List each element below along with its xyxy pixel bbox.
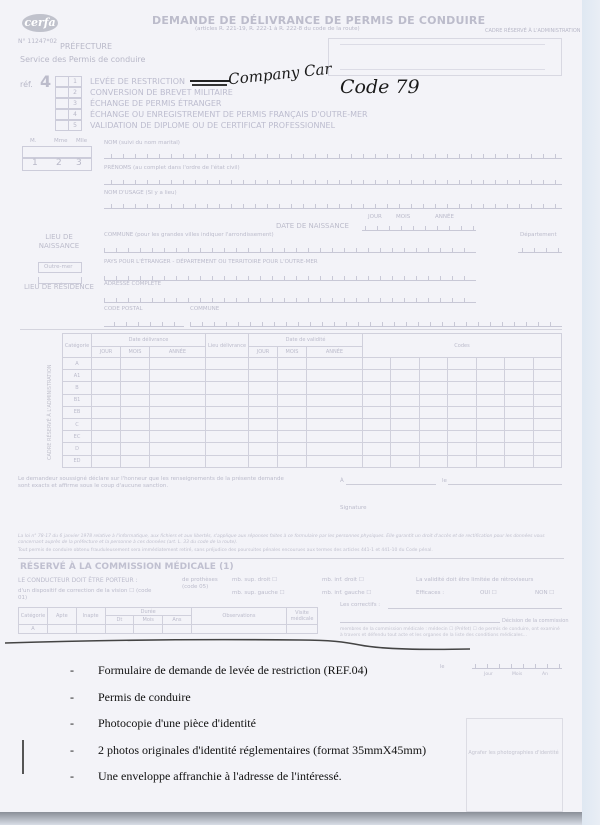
category-cell[interactable]: [505, 406, 533, 418]
category-cell[interactable]: [363, 370, 391, 382]
category-cell[interactable]: [150, 443, 206, 455]
category-cell[interactable]: [505, 418, 533, 430]
col-categorie: Catégorie: [63, 334, 92, 358]
category-cell[interactable]: [92, 431, 121, 443]
civility-header-mme: Mme: [54, 138, 68, 144]
category-cell[interactable]: [249, 358, 278, 370]
date-naissance-label: DATE DE NAISSANCE: [276, 222, 349, 230]
category-cell[interactable]: [363, 382, 391, 394]
category-cell[interactable]: [419, 406, 447, 418]
category-cell[interactable]: [391, 358, 419, 370]
declaration-a-label: À: [340, 478, 344, 484]
handwritten-annotation: Company Car: [227, 60, 332, 89]
category-cell[interactable]: [448, 382, 476, 394]
category-cell[interactable]: [505, 443, 533, 455]
category-cell[interactable]: [92, 382, 121, 394]
category-cell[interactable]: [448, 394, 476, 406]
list-item-text: Une enveloppe affranchie à l'adresse de …: [98, 769, 342, 783]
category-cell[interactable]: [92, 406, 121, 418]
category-cell[interactable]: [278, 431, 307, 443]
category-cell[interactable]: [476, 406, 504, 418]
category-cell[interactable]: [206, 406, 249, 418]
sub-jour-1: JOUR: [92, 347, 121, 358]
civility-num-2: 2: [56, 158, 62, 168]
option-num-5: 5: [68, 121, 81, 130]
category-cell[interactable]: [363, 394, 391, 406]
category-cell[interactable]: [391, 406, 419, 418]
category-cell[interactable]: [249, 406, 278, 418]
col-lieu: Lieu délivrance: [206, 334, 249, 358]
list-item: -Photocopie d'une pièce d'identité: [70, 716, 426, 743]
category-cell[interactable]: [533, 443, 561, 455]
category-cell[interactable]: [249, 455, 278, 467]
category-cell[interactable]: [150, 406, 206, 418]
med-date-jour: Jour: [484, 672, 493, 677]
category-cell[interactable]: [476, 358, 504, 370]
validite-label: La validité doit être limitée de rétrovi…: [416, 577, 533, 583]
category-row: C: [63, 418, 562, 430]
list-item: -2 photos originales d'identité réglemen…: [70, 743, 426, 770]
category-cell[interactable]: [419, 418, 447, 430]
category-cell[interactable]: [307, 418, 363, 430]
list-item-text: 2 photos originales d'identité réglement…: [98, 743, 426, 757]
category-cell[interactable]: [391, 370, 419, 382]
category-cell[interactable]: [391, 455, 419, 467]
list-item: -Une enveloppe affranchie à l'adresse de…: [70, 769, 426, 796]
category-cell[interactable]: [419, 382, 447, 394]
category-cell[interactable]: [278, 455, 307, 467]
date-header-mois: MOIS: [396, 214, 410, 220]
category-cell[interactable]: [278, 370, 307, 382]
category-label: D: [63, 443, 92, 455]
handwritten-strikethrough: [190, 80, 230, 82]
list-item: -Permis de conduire: [70, 690, 426, 717]
med-col-visite: Visite médicale: [287, 608, 318, 625]
photo-box: [466, 718, 563, 812]
departement-label: Département: [520, 232, 557, 238]
category-cell[interactable]: [391, 382, 419, 394]
med-col-duree: Durée: [105, 608, 191, 616]
category-cell[interactable]: [249, 382, 278, 394]
admin-stamp-label: CADRE RÉSERVÉ À L'ADMINISTRATION: [485, 28, 581, 34]
scan-bottom-edge: [0, 812, 582, 825]
category-cell[interactable]: [150, 358, 206, 370]
ref-number: 4: [40, 72, 51, 91]
category-cell[interactable]: [448, 406, 476, 418]
category-cell[interactable]: [419, 443, 447, 455]
category-cell[interactable]: [505, 394, 533, 406]
prenoms-label: PRÉNOMS (au complet dans l'ordre de l'ét…: [104, 165, 240, 171]
handwritten-strikethrough-2: [192, 84, 227, 86]
medical-option-4[interactable]: mb. inf. gauche ☐: [322, 590, 371, 596]
nom-label: NOM (suivi du nom marital): [104, 140, 180, 146]
category-cell[interactable]: [278, 358, 307, 370]
pays-label: PAYS POUR L'ÉTRANGER - DÉPARTEMENT OU TE…: [104, 259, 318, 265]
category-cell[interactable]: [505, 455, 533, 467]
category-cell[interactable]: [505, 358, 533, 370]
categories-table: Catégorie Date délivrance Lieu délivranc…: [62, 333, 562, 468]
section-divider: [20, 329, 562, 330]
category-cell[interactable]: [206, 358, 249, 370]
decision-input[interactable]: [340, 622, 500, 623]
option-num-1: 1: [68, 77, 81, 86]
nom-usage-label: NOM D'USAGE (SI y a lieu): [104, 190, 177, 196]
option-num-2: 2: [68, 88, 81, 97]
bullet-dash: -: [70, 663, 98, 678]
efficaces-label: Efficaces :: [416, 590, 444, 596]
category-cell[interactable]: [533, 431, 561, 443]
civility-header-mlle: Mlle: [76, 138, 87, 144]
category-cell[interactable]: [249, 370, 278, 382]
category-cell[interactable]: [92, 358, 121, 370]
paper-overlap-edge: [0, 630, 582, 652]
category-cell[interactable]: [206, 418, 249, 430]
decision-label: Décision de la commission: [502, 618, 569, 624]
category-cell[interactable]: [476, 455, 504, 467]
civility-num-1: 1: [32, 158, 38, 168]
category-cell[interactable]: [476, 431, 504, 443]
admin-box-inner: [340, 44, 545, 70]
option-label-4: ÉCHANGE OU ENREGISTREMENT DE PERMIS FRAN…: [90, 110, 368, 119]
med-date-mois: Mois: [512, 672, 522, 677]
category-label: EC: [63, 431, 92, 443]
signature-label: Signature: [340, 505, 367, 511]
med-col-observations: Observations: [191, 608, 286, 625]
category-cell[interactable]: [307, 431, 363, 443]
category-row: EC: [63, 431, 562, 443]
code-postal-input[interactable]: [104, 318, 184, 327]
category-cell[interactable]: [92, 443, 121, 455]
date-header-jour: JOUR: [368, 214, 382, 220]
category-cell[interactable]: [150, 455, 206, 467]
list-item-text: Permis de conduire: [98, 690, 191, 704]
form-number: N° 11247*02: [18, 38, 57, 45]
category-cell[interactable]: [92, 370, 121, 382]
ref-label: réf.: [20, 80, 33, 89]
category-cell[interactable]: [307, 358, 363, 370]
category-cell[interactable]: [419, 455, 447, 467]
medical-date-input[interactable]: [472, 660, 562, 669]
category-cell[interactable]: [391, 418, 419, 430]
category-cell[interactable]: [249, 394, 278, 406]
sub-annee-1: ANNÉE: [150, 347, 206, 358]
category-cell[interactable]: [121, 431, 150, 443]
option-label-2: CONVERSION DE BREVET MILITAIRE: [90, 88, 233, 97]
date-header-annee: ANNÉE: [435, 214, 454, 220]
bullet-dash: -: [70, 690, 98, 705]
commune-naissance-input[interactable]: [104, 244, 476, 253]
oui-checkbox[interactable]: OUI ☐: [480, 590, 497, 596]
category-cell[interactable]: [121, 455, 150, 467]
category-cell[interactable]: [92, 455, 121, 467]
le-label: le: [440, 664, 444, 670]
category-cell[interactable]: [278, 382, 307, 394]
category-cell[interactable]: [533, 455, 561, 467]
margin-mark: [22, 740, 24, 774]
date-naissance-input[interactable]: [362, 222, 476, 231]
category-cell[interactable]: [307, 443, 363, 455]
sub-mois-1: MOIS: [121, 347, 150, 358]
nom-usage-input[interactable]: [104, 200, 562, 209]
legal-notice-cnil: La loi n° 78-17 du 6 janvier 1978 relati…: [18, 534, 564, 546]
commune-residence-label: COMMUNE: [190, 306, 219, 312]
col-date-validite: Date de validité: [249, 334, 363, 347]
form-subtitle: (articles R. 221-19, R. 222-1 à R. 222-8…: [195, 26, 360, 32]
category-cell[interactable]: [391, 443, 419, 455]
correctifs-label: Les correctifs :: [340, 602, 380, 608]
category-cell[interactable]: [391, 431, 419, 443]
dispositif-label: d'un dispositif de correction de la visi…: [18, 588, 158, 602]
category-cell[interactable]: [121, 358, 150, 370]
medical-section-title: RÉSERVÉ À LA COMMISSION MÉDICALE (1): [20, 562, 234, 572]
lieu-naissance-label: LIEU DE NAISSANCE: [24, 233, 94, 251]
category-label: EB: [63, 406, 92, 418]
col-date-delivrance: Date délivrance: [92, 334, 206, 347]
category-label: B1: [63, 394, 92, 406]
category-cell[interactable]: [121, 406, 150, 418]
category-label: B: [63, 382, 92, 394]
category-cell[interactable]: [505, 370, 533, 382]
category-label: A1: [63, 370, 92, 382]
category-cell[interactable]: [206, 455, 249, 467]
category-cell[interactable]: [448, 443, 476, 455]
category-cell[interactable]: [121, 418, 150, 430]
medical-option-1[interactable]: mb. sup. droit ☐: [232, 577, 277, 583]
sub-jour-2: JOUR: [249, 347, 278, 358]
handwritten-code: Code 79: [340, 76, 420, 98]
med-col-categorie: Catégorie: [19, 608, 48, 625]
date-input[interactable]: [448, 484, 562, 485]
category-cell[interactable]: [150, 394, 206, 406]
pays-input[interactable]: [104, 272, 476, 281]
prenoms-input[interactable]: [104, 176, 562, 185]
category-cell[interactable]: [363, 431, 391, 443]
category-cell[interactable]: [121, 382, 150, 394]
bullet-dash: -: [70, 716, 98, 731]
commune-label: COMMUNE (pour les grandes villes indique…: [104, 232, 274, 238]
category-cell[interactable]: [448, 418, 476, 430]
medical-option-2[interactable]: mb. sup. gauche ☐: [232, 590, 285, 596]
category-cell[interactable]: [363, 406, 391, 418]
category-cell[interactable]: [419, 370, 447, 382]
category-cell[interactable]: [448, 358, 476, 370]
category-cell[interactable]: [249, 443, 278, 455]
service-label: Service des Permis de conduire: [20, 55, 145, 64]
nom-input[interactable]: [104, 150, 562, 159]
category-cell[interactable]: [533, 370, 561, 382]
bullet-dash: -: [70, 743, 98, 758]
category-row: A: [63, 358, 562, 370]
code-postal-label: CODE POSTAL: [104, 306, 143, 312]
category-cell[interactable]: [505, 382, 533, 394]
civility-header-m: M.: [30, 138, 37, 144]
category-cell[interactable]: [278, 406, 307, 418]
category-cell[interactable]: [307, 455, 363, 467]
category-cell[interactable]: [92, 394, 121, 406]
adresse-label: ADRESSE COMPLÈTE: [104, 281, 161, 287]
list-item-text: Formulaire de demande de levée de restri…: [98, 663, 368, 677]
category-cell[interactable]: [363, 358, 391, 370]
category-cell[interactable]: [419, 394, 447, 406]
category-cell[interactable]: [307, 406, 363, 418]
category-row: B1: [63, 394, 562, 406]
scan-right-edge: [582, 0, 600, 825]
category-row: B: [63, 382, 562, 394]
category-label: C: [63, 418, 92, 430]
option-label-1: LEVÉE DE RESTRICTION: [90, 77, 185, 86]
category-cell[interactable]: [150, 370, 206, 382]
prothese-label: de prothèses (code 05): [182, 577, 226, 591]
civility-box[interactable]: [22, 146, 92, 158]
sub-mois-2: MOIS: [278, 347, 307, 358]
category-cell[interactable]: [363, 418, 391, 430]
admin-side-label: CADRE RÉSERVÉ À L'ADMINISTRATION: [47, 340, 53, 460]
declaration-le-label: le: [442, 478, 447, 484]
option-label-3: ÉCHANGE DE PERMIS ÉTRANGER: [90, 99, 221, 108]
med-date-an: An: [542, 672, 548, 677]
category-cell[interactable]: [206, 394, 249, 406]
category-cell[interactable]: [206, 370, 249, 382]
category-cell[interactable]: [476, 443, 504, 455]
med-sub-ans: Ans: [163, 616, 192, 625]
category-cell[interactable]: [150, 431, 206, 443]
category-cell[interactable]: [206, 382, 249, 394]
category-cell[interactable]: [307, 370, 363, 382]
option-num-3: 3: [68, 99, 81, 108]
lieu-residence-label: LIEU DE RÉSIDENCE: [24, 283, 94, 292]
departement-input[interactable]: [518, 244, 562, 253]
category-cell[interactable]: [533, 394, 561, 406]
scanned-form-page: cerfa N° 11247*02 DEMANDE DE DÉLIVRANCE …: [0, 0, 582, 825]
category-cell[interactable]: [121, 443, 150, 455]
col-codes: Codes: [363, 334, 562, 358]
category-row: D: [63, 443, 562, 455]
category-cell[interactable]: [363, 443, 391, 455]
category-cell[interactable]: [363, 455, 391, 467]
category-cell[interactable]: [448, 431, 476, 443]
category-label: ED: [63, 455, 92, 467]
declaration-text: Le demandeur soussigné déclare sur l'hon…: [18, 476, 288, 490]
correctifs-input[interactable]: [388, 608, 562, 609]
category-cell[interactable]: [533, 358, 561, 370]
med-col-inapte: Inapte: [76, 608, 105, 625]
category-cell[interactable]: [533, 406, 561, 418]
prefecture-label: PRÉFECTURE: [60, 42, 112, 51]
category-cell[interactable]: [448, 455, 476, 467]
category-cell[interactable]: [533, 418, 561, 430]
category-cell[interactable]: [121, 370, 150, 382]
outremer-label: Outre-mer: [44, 264, 72, 270]
commune-residence-input[interactable]: [190, 318, 562, 327]
place-input[interactable]: [346, 484, 436, 485]
category-cell[interactable]: [505, 431, 533, 443]
medical-option-3[interactable]: mb. inf. droit ☐: [322, 577, 364, 583]
category-cell[interactable]: [150, 382, 206, 394]
legal-divider: [18, 558, 564, 559]
category-cell[interactable]: [92, 418, 121, 430]
category-cell[interactable]: [150, 418, 206, 430]
category-row: A1: [63, 370, 562, 382]
legal-notice-fraud: Tout permis de conduire obtenu frauduleu…: [18, 548, 564, 554]
option-label-5: VALIDATION DE DIPLOME OU DE CERTIFICAT P…: [90, 121, 335, 130]
category-cell[interactable]: [476, 370, 504, 382]
category-row: EB: [63, 406, 562, 418]
category-cell[interactable]: [307, 382, 363, 394]
conducteur-label: LE CONDUCTEUR DOIT ÊTRE PORTEUR :: [18, 577, 138, 584]
list-item-text: Photocopie d'une pièce d'identité: [98, 716, 256, 730]
category-cell[interactable]: [206, 431, 249, 443]
category-cell[interactable]: [307, 394, 363, 406]
list-item: -Formulaire de demande de levée de restr…: [70, 663, 426, 690]
cerfa-logo: cerfa: [22, 14, 58, 32]
category-cell[interactable]: [249, 418, 278, 430]
adresse-input[interactable]: [104, 294, 476, 303]
category-row: ED: [63, 455, 562, 467]
category-label: A: [63, 358, 92, 370]
category-cell[interactable]: [419, 431, 447, 443]
category-cell[interactable]: [278, 394, 307, 406]
category-cell[interactable]: [476, 418, 504, 430]
category-cell[interactable]: [278, 418, 307, 430]
bullet-dash: -: [70, 769, 98, 784]
category-cell[interactable]: [121, 394, 150, 406]
med-sub-dt: Dt: [105, 616, 134, 625]
category-cell[interactable]: [391, 394, 419, 406]
non-checkbox[interactable]: NON ☐: [535, 590, 554, 596]
category-cell[interactable]: [278, 443, 307, 455]
sub-annee-2: ANNÉE: [307, 347, 363, 358]
category-cell[interactable]: [476, 394, 504, 406]
category-cell[interactable]: [448, 370, 476, 382]
category-cell[interactable]: [476, 382, 504, 394]
photo-box-text: Agrafer les photographies d'identité: [466, 750, 561, 757]
category-cell[interactable]: [249, 431, 278, 443]
med-sub-mois: Mois: [134, 616, 163, 625]
category-cell[interactable]: [419, 358, 447, 370]
category-cell[interactable]: [533, 382, 561, 394]
category-cell[interactable]: [206, 443, 249, 455]
med-col-apte: Apte: [47, 608, 76, 625]
required-documents-list: -Formulaire de demande de levée de restr…: [70, 663, 426, 796]
civility-num-3: 3: [76, 158, 82, 168]
option-num-4: 4: [68, 110, 81, 119]
